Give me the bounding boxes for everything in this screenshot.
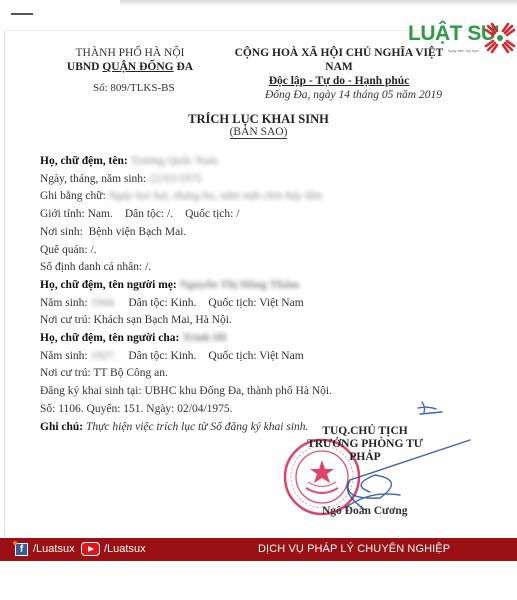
reference-number: Số: 809/TLKS-BS xyxy=(93,82,175,94)
luatsu-logo: LUẬT SƯ ngay tầm tay bạn xyxy=(408,22,516,64)
document-subtitle: (BẢN SAO) xyxy=(0,126,517,138)
dob-value: 22/03/1975 xyxy=(149,173,201,185)
issuer-city: THÀNH PHỐ HÀ NỘI xyxy=(60,46,200,60)
issuer-authority: UBND QUẬN ĐỐNG ĐA xyxy=(60,60,200,74)
full-name-value: Trương Quốc Nam xyxy=(131,155,218,167)
facebook-link[interactable]: /Luatsux xyxy=(33,543,75,555)
mother-residence-row: Nơi cư trú: Khách sạn Bạch Mai, Hà Nội. xyxy=(40,312,332,330)
register-number-row: Số: 1106. Quyển: 151. Ngày: 02/04/1975. xyxy=(40,401,332,419)
footer-bar: f /Luatsux /Luatsux DỊCH VỤ PHÁP LÝ CHUY… xyxy=(0,538,517,561)
signer-name: Ngô Đoàn Cương xyxy=(322,505,407,517)
issuer-header: THÀNH PHỐ HÀ NỘI UBND QUẬN ĐỐNG ĐA xyxy=(60,46,200,74)
document-title: TRÍCH LỤC KHAI SINH xyxy=(0,112,517,127)
registered-at-row: Đăng ký khai sinh tại: UBHC khu Đống Đa,… xyxy=(40,383,332,401)
scan-mark xyxy=(11,13,33,15)
full-name-row: Họ, chữ đệm, tên: Trương Quốc Nam xyxy=(40,153,332,171)
facebook-icon[interactable]: f xyxy=(15,543,28,556)
father-info-row: Năm sinh: 1927.Dân tộc: Kinh.Quốc tịch: … xyxy=(40,348,332,366)
id-row: Số định danh cá nhân: /. xyxy=(40,259,332,277)
hometown-row: Quê quán: /. xyxy=(40,242,332,260)
notification-dot xyxy=(13,541,17,545)
note-row: Ghi chú: Thực hiện việc trích lục từ Sổ … xyxy=(40,419,332,437)
logo-tagline: ngay tầm tay bạn xyxy=(448,48,479,53)
signatory-title: TUQ.CHỦ TỊCH TRƯỞNG PHÒNG TƯ PHÁP xyxy=(300,425,430,464)
footer-tagline: DỊCH VỤ PHÁP LÝ CHUYÊN NGHIỆP xyxy=(258,543,450,555)
youtube-link[interactable]: /Luatsux xyxy=(104,543,146,555)
gender-row: Giới tính: Nam.Dân tộc: /.Quốc tịch: / xyxy=(40,206,332,224)
father-residence-row: Nơi cư trú: TT Bộ Công an. xyxy=(40,365,332,383)
birthplace-row: Nơi sinh: Bệnh viện Bạch Mai. xyxy=(40,224,332,242)
mother-name-row: Họ, chữ đệm, tên người mẹ: Nguyễn Thị Hồ… xyxy=(40,277,332,295)
mother-info-row: Năm sinh: 1944.Dân tộc: Kinh.Quốc tịch: … xyxy=(40,295,332,313)
dob-words-value: Ngày hai hai, tháng ba, năm một chín bảy… xyxy=(109,190,323,202)
mother-name-value: Nguyễn Thị Hồng Thắm xyxy=(180,279,299,291)
father-name-row: Họ, chữ đệm, tên người cha: Trình Hề xyxy=(40,330,332,348)
dob-row: Ngày, tháng, năm sinh: 22/03/1975 xyxy=(40,171,332,189)
national-motto: Độc lập - Tự do - Hạnh phúc xyxy=(228,74,450,88)
logo-mark-icon xyxy=(484,22,516,54)
dob-words-row: Ghi bằng chữ: Ngày hai hai, tháng ba, nă… xyxy=(40,188,332,206)
place-date: Đống Đa, ngày 14 tháng 05 năm 2019 xyxy=(265,89,442,101)
father-name-value: Trình Hề xyxy=(182,332,227,344)
youtube-icon[interactable] xyxy=(81,542,100,556)
document-body: Họ, chữ đệm, tên: Trương Quốc Nam Ngày, … xyxy=(40,153,332,436)
scan-shadow xyxy=(120,0,517,6)
